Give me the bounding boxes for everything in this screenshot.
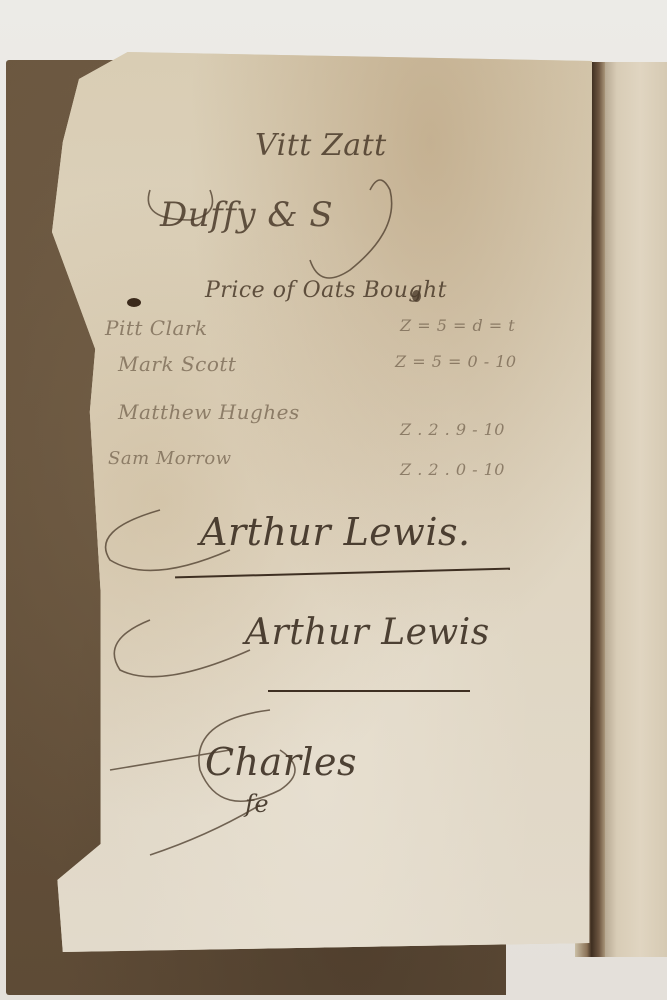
header-line-2: Duffy & S <box>160 195 333 235</box>
signature-arthur-lewis-2: Arthur Lewis <box>245 612 490 653</box>
entry-name: Sam Morrow <box>108 448 232 469</box>
flyleaf-page <box>52 52 592 952</box>
ledger-title: Price of Oats Bought <box>205 278 447 303</box>
header-line-1: Vitt Zatt <box>255 128 387 163</box>
entry-name: Matthew Hughes <box>118 400 300 424</box>
entry-amount: Z = 5 = d = t <box>400 316 515 335</box>
entry-amount: Z . 2 . 9 - 10 <box>400 420 505 439</box>
signature-arthur-lewis-1: Arthur Lewis. <box>200 510 471 554</box>
facing-page <box>600 62 667 957</box>
signature-charles: Charles <box>205 740 357 784</box>
signature-underline <box>268 690 470 692</box>
entry-amount: Z = 5 = 0 - 10 <box>395 352 517 371</box>
entry-amount: Z . 2 . 0 - 10 <box>400 460 505 479</box>
entry-name: Pitt Clark <box>105 316 208 340</box>
signature-suffix: fe <box>245 790 269 818</box>
worm-hole <box>127 298 141 307</box>
entry-name: Mark Scott <box>118 352 236 376</box>
